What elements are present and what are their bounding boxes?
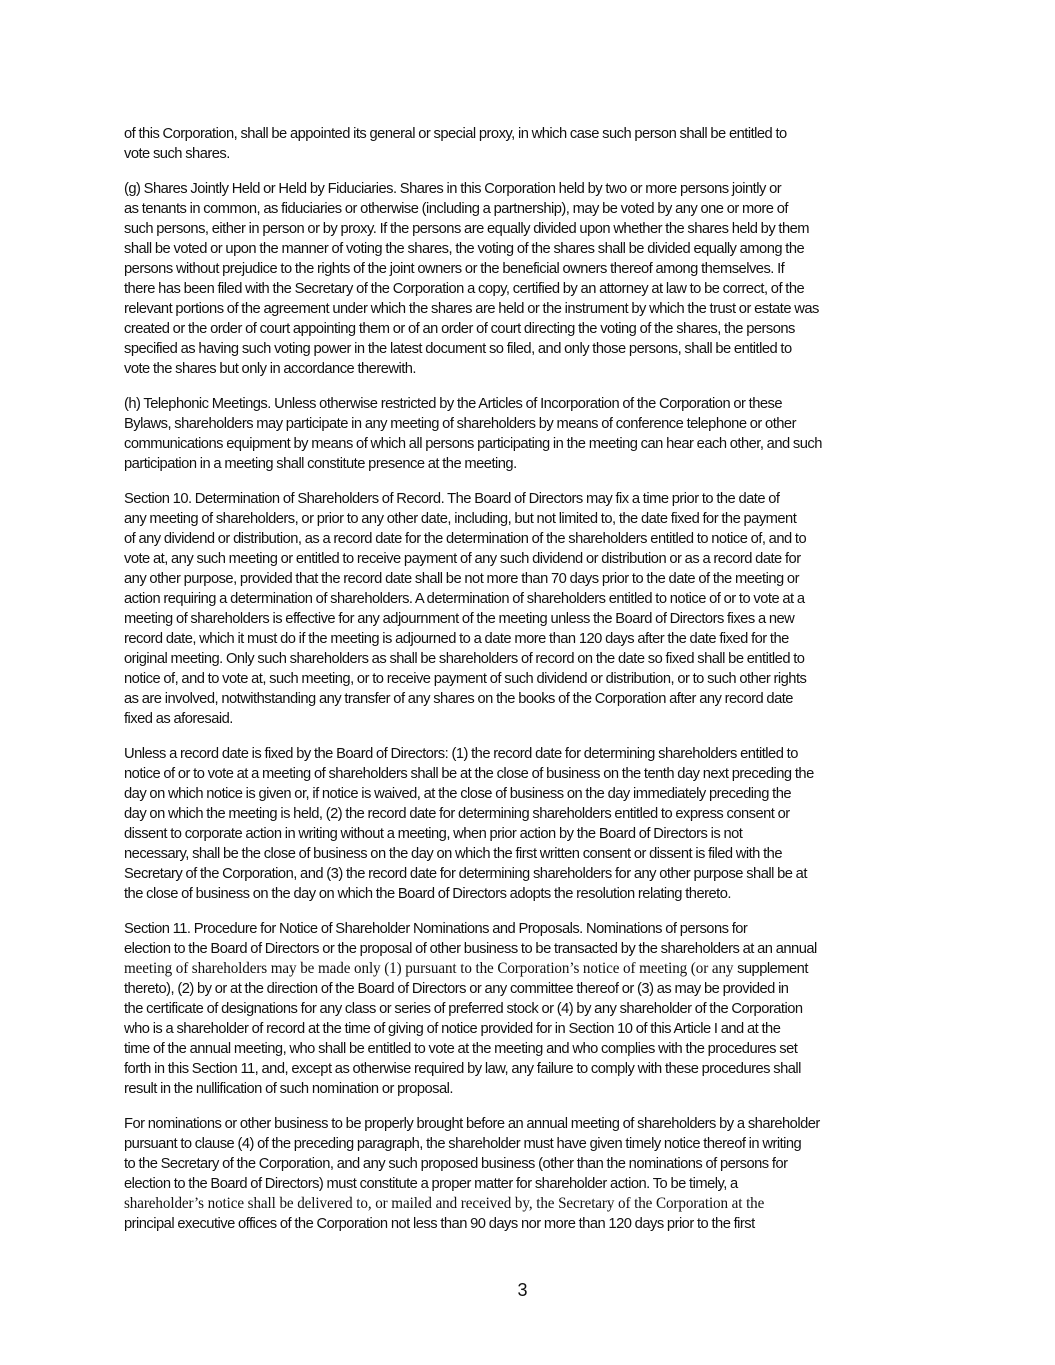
text-line: time of the annual meeting, who shall be… (124, 1039, 929, 1059)
paragraph-shares-jointly-held: (g) Shares Jointly Held or Held by Fiduc… (124, 179, 954, 379)
text-line: created or the order of court appointing… (124, 319, 929, 339)
text-line: vote such shares. (124, 144, 929, 164)
text-line: fixed as aforesaid. (124, 709, 929, 729)
text-line: such persons, either in person or by pro… (124, 219, 929, 239)
text-line: the certificate of designations for any … (124, 999, 929, 1019)
text-line: of any dividend or distribution, as a re… (124, 529, 929, 549)
text-line: communications equipment by means of whi… (124, 434, 929, 454)
paragraph-telephonic-meetings: (h) Telephonic Meetings. Unless otherwis… (124, 394, 954, 474)
text-line: forth in this Section 11, and, except as… (124, 1059, 929, 1079)
paragraph-proxy-continuation: of this Corporation, shall be appointed … (124, 124, 954, 164)
text-line: thereto), (2) by or at the direction of … (124, 979, 929, 999)
text-line: as tenants in common, as fiduciaries or … (124, 199, 929, 219)
text-line: shall be voted or upon the manner of vot… (124, 239, 929, 259)
text-line: meeting of shareholders is effective for… (124, 609, 929, 629)
text-line-mixed: meeting of shareholders may be made only… (124, 959, 929, 979)
text-line: For nominations or other business to be … (124, 1114, 929, 1134)
text-line: (g) Shares Jointly Held or Held by Fiduc… (124, 179, 929, 199)
text-line: as are involved, notwithstanding any tra… (124, 689, 929, 709)
text-line: there has been filed with the Secretary … (124, 279, 929, 299)
text-line: day on which notice is given or, if noti… (124, 784, 929, 804)
sans-text-run: supplement (737, 960, 808, 977)
paragraph-section-11: Section 11. Procedure for Notice of Shar… (124, 919, 954, 1099)
serif-text-run: meeting of shareholders may be made only… (124, 960, 737, 977)
text-line: action requiring a determination of shar… (124, 589, 929, 609)
paragraph-nominations-timely-notice: For nominations or other business to be … (124, 1114, 954, 1234)
text-line: pursuant to clause (4) of the preceding … (124, 1134, 929, 1154)
text-line: election to the Board of Directors) must… (124, 1174, 929, 1194)
text-line: Unless a record date is fixed by the Boa… (124, 744, 929, 764)
text-line: notice of, and to vote at, such meeting,… (124, 669, 929, 689)
text-line: any other purpose, provided that the rec… (124, 569, 929, 589)
page-number: 3 (0, 1280, 1045, 1301)
text-line: participation in a meeting shall constit… (124, 454, 929, 474)
text-line: relevant portions of the agreement under… (124, 299, 929, 319)
text-line: dissent to corporate action in writing w… (124, 824, 929, 844)
text-line: principal executive offices of the Corpo… (124, 1214, 929, 1234)
text-line: Section 10. Determination of Shareholder… (124, 489, 929, 509)
text-line: vote the shares but only in accordance t… (124, 359, 929, 379)
text-line: any meeting of shareholders, or prior to… (124, 509, 929, 529)
text-line: persons without prejudice to the rights … (124, 259, 929, 279)
paragraph-section-10: Section 10. Determination of Shareholder… (124, 489, 954, 729)
text-line: of this Corporation, shall be appointed … (124, 124, 929, 144)
text-line: who is a shareholder of record at the ti… (124, 1019, 929, 1039)
text-line: (h) Telephonic Meetings. Unless otherwis… (124, 394, 929, 414)
text-line: Secretary of the Corporation, and (3) th… (124, 864, 929, 884)
text-line: election to the Board of Directors or th… (124, 939, 929, 959)
text-line: the close of business on the day on whic… (124, 884, 929, 904)
text-line: original meeting. Only such shareholders… (124, 649, 929, 669)
text-line: result in the nullification of such nomi… (124, 1079, 929, 1099)
paragraph-record-date-default: Unless a record date is fixed by the Boa… (124, 744, 954, 904)
text-line: notice of or to vote at a meeting of sha… (124, 764, 929, 784)
text-line: Section 11. Procedure for Notice of Shar… (124, 919, 929, 939)
text-line: Bylaws, shareholders may participate in … (124, 414, 929, 434)
text-line: specified as having such voting power in… (124, 339, 929, 359)
text-line: vote at, any such meeting or entitled to… (124, 549, 929, 569)
text-line: record date, which it must do if the mee… (124, 629, 929, 649)
document-page: of this Corporation, shall be appointed … (124, 124, 954, 1249)
text-line-serif: shareholder’s notice shall be delivered … (124, 1194, 929, 1214)
text-line: necessary, shall be the close of busines… (124, 844, 929, 864)
text-line: day on which the meeting is held, (2) th… (124, 804, 929, 824)
text-line: to the Secretary of the Corporation, and… (124, 1154, 929, 1174)
